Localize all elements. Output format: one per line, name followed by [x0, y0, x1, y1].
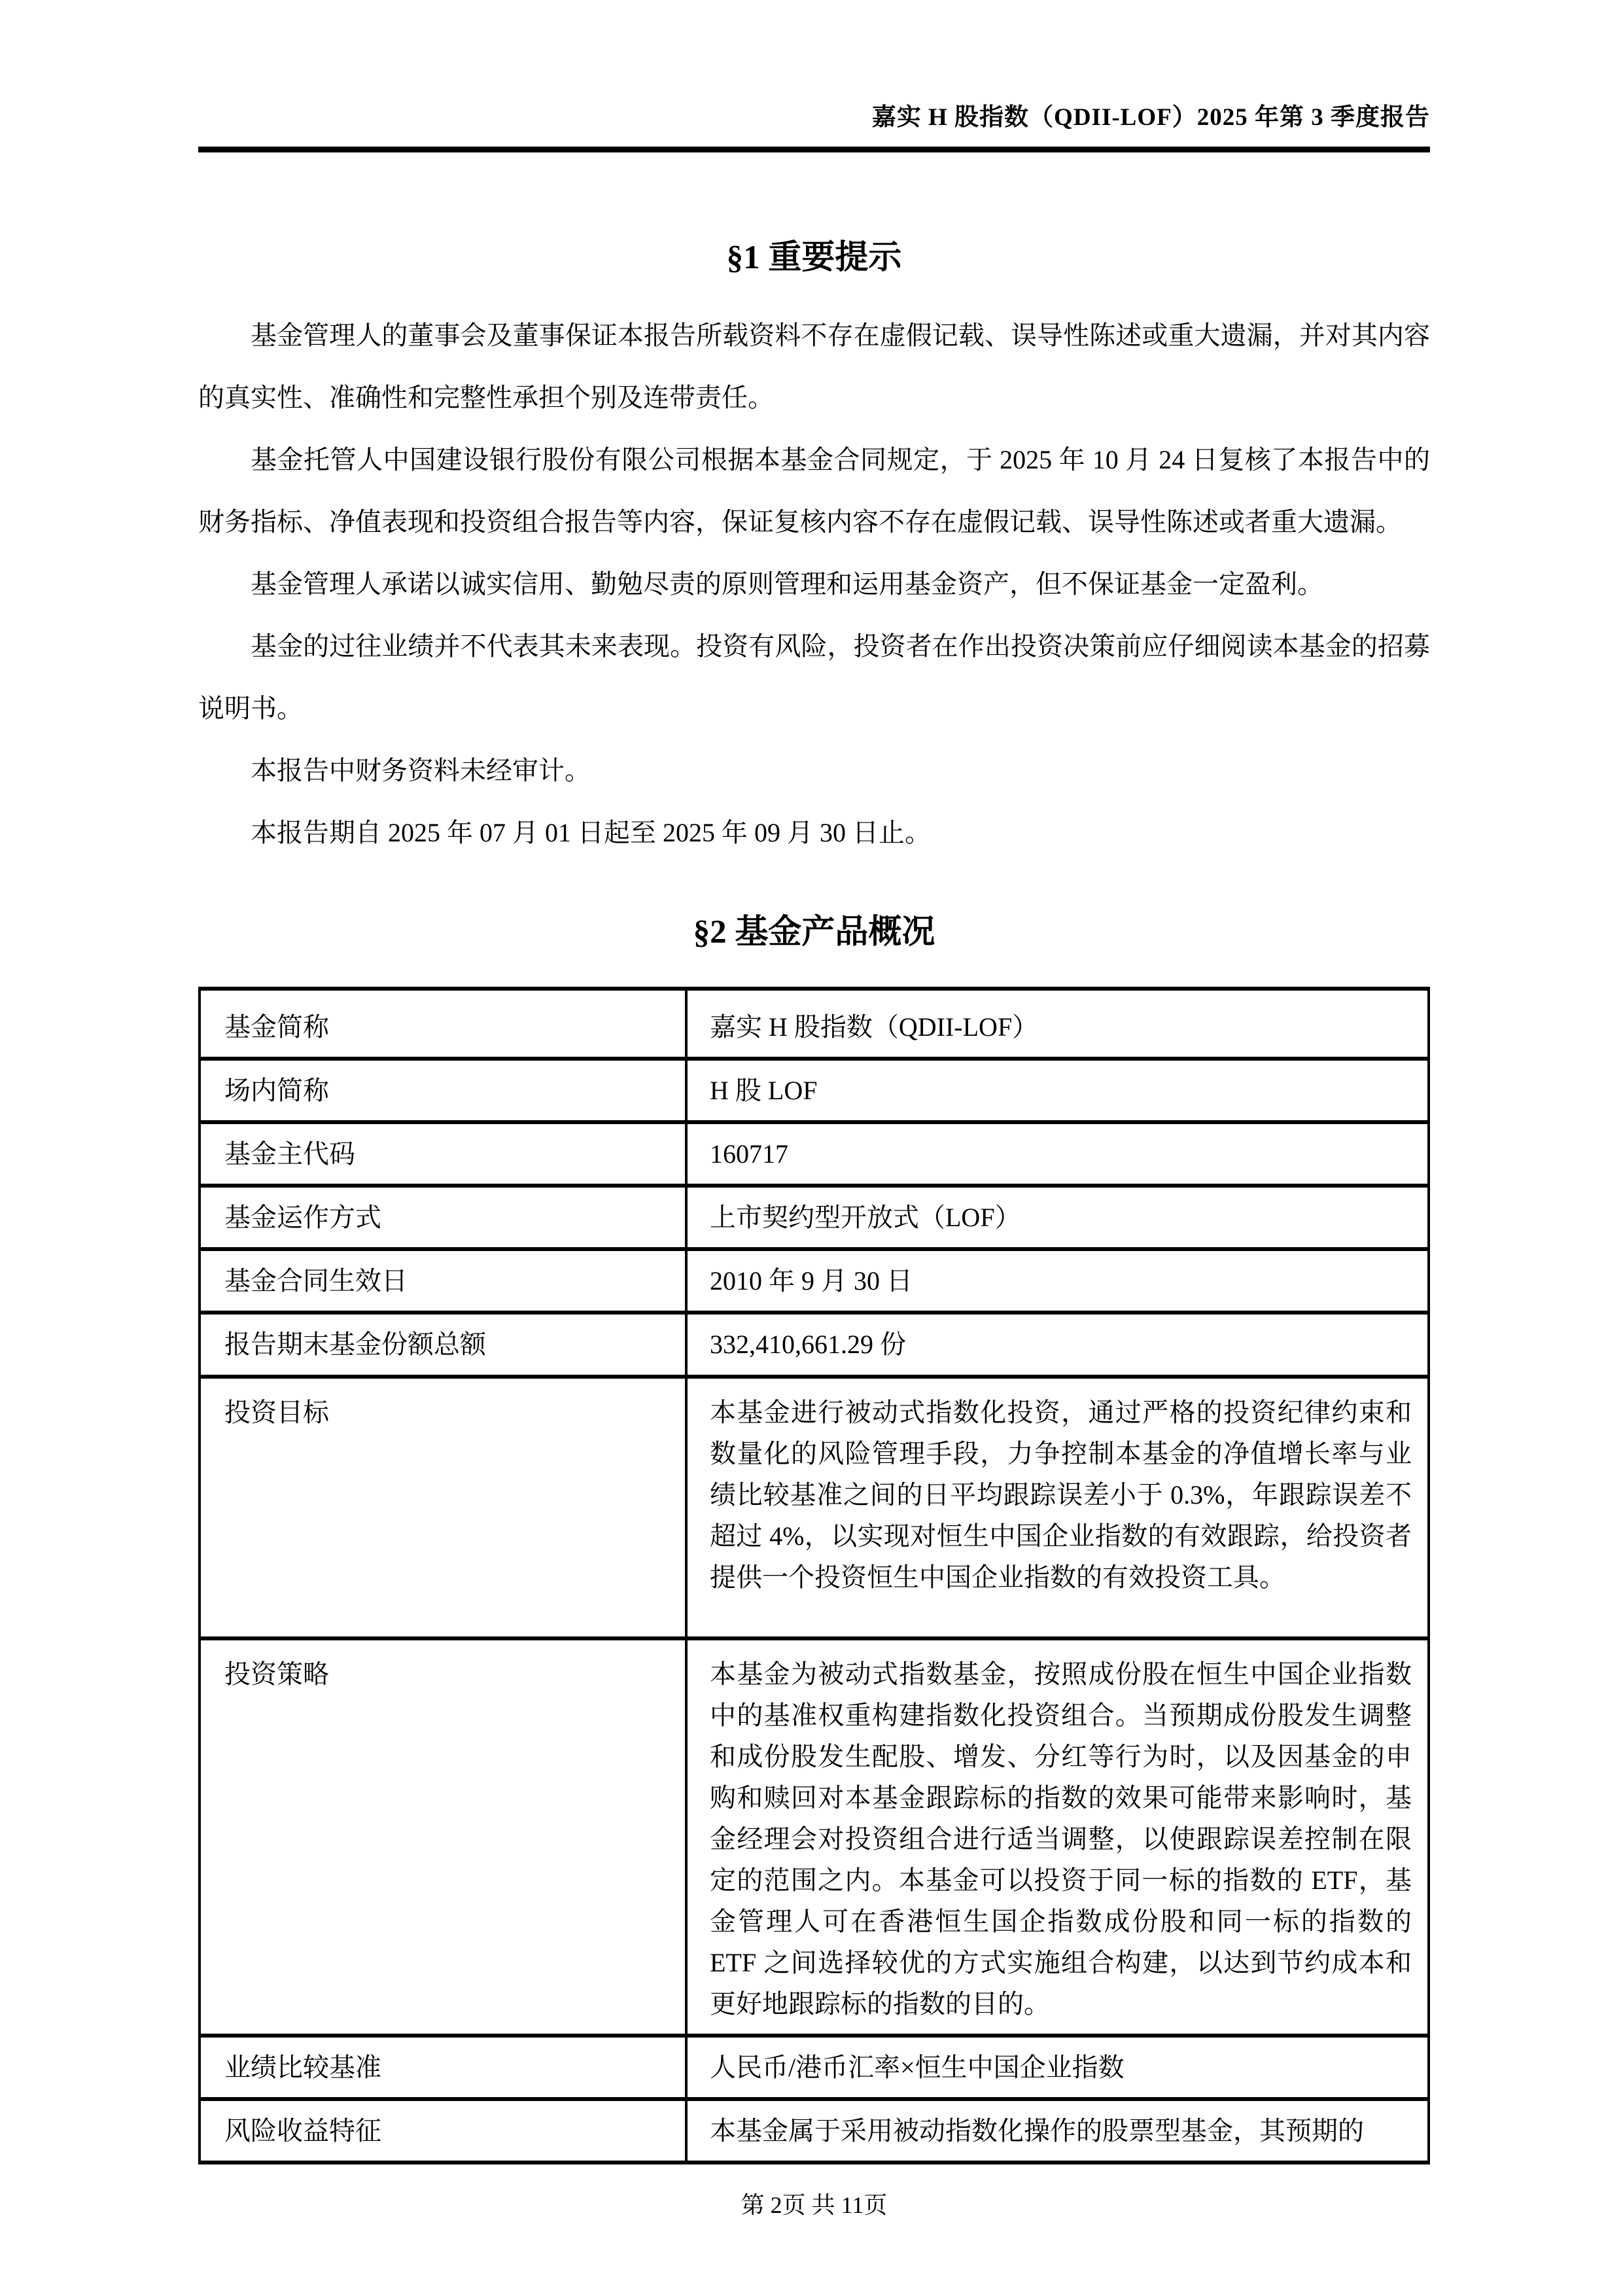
page-number-footer: 第 2页 共 11页 [198, 2187, 1430, 2220]
row-value: 160717 [686, 1122, 1429, 1186]
row-label: 投资策略 [200, 1638, 686, 2036]
table-row: 基金运作方式 上市契约型开放式（LOF） [200, 1186, 1429, 1249]
table-row: 基金主代码 160717 [200, 1122, 1429, 1186]
section2-title: §2 基金产品概况 [198, 904, 1430, 953]
paragraph: 基金管理人承诺以诚实信用、勤勉尽责的原则管理和运用基金资产，但不保证基金一定盈利… [198, 553, 1430, 615]
row-label: 基金主代码 [200, 1122, 686, 1186]
row-value: 人民币/港币汇率×恒生中国企业指数 [686, 2036, 1429, 2099]
paragraph: 基金的过往业绩并不代表其未来表现。投资有风险，投资者在作出投资决策前应仔细阅读本… [198, 615, 1430, 739]
row-label: 基金简称 [200, 989, 686, 1059]
header-title: 嘉实 H 股指数（QDII-LOF）2025 年第 3 季度报告 [198, 98, 1430, 137]
row-label: 业绩比较基准 [200, 2036, 686, 2099]
fund-overview-table: 基金简称 嘉实 H 股指数（QDII-LOF） 场内简称 H 股 LOF 基金主… [198, 987, 1430, 2164]
row-label: 场内简称 [200, 1059, 686, 1122]
table-row: 基金合同生效日 2010 年 9 月 30 日 [200, 1249, 1429, 1313]
row-value: 332,410,661.29 份 [686, 1313, 1429, 1377]
row-label: 基金合同生效日 [200, 1249, 686, 1313]
row-label: 风险收益特征 [200, 2099, 686, 2163]
row-value: 本基金为被动式指数基金，按照成份股在恒生中国企业指数中的基准权重构建指数化投资组… [686, 1638, 1429, 2036]
report-page: 嘉实 H 股指数（QDII-LOF）2025 年第 3 季度报告 §1 重要提示… [0, 0, 1623, 2296]
paragraph: 基金托管人中国建设银行股份有限公司根据本基金合同规定，于 2025 年 10 月… [198, 429, 1430, 553]
table-row: 风险收益特征 本基金属于采用被动指数化操作的股票型基金，其预期的 [200, 2099, 1429, 2163]
row-value: 嘉实 H 股指数（QDII-LOF） [686, 989, 1429, 1059]
section1-body: 基金管理人的董事会及董事保证本报告所载资料不存在虚假记载、误导性陈述或重大遗漏，… [198, 304, 1430, 864]
table-row: 场内简称 H 股 LOF [200, 1059, 1429, 1122]
paragraph: 本报告期自 2025 年 07 月 01 日起至 2025 年 09 月 30 … [198, 802, 1430, 864]
row-value: 上市契约型开放式（LOF） [686, 1186, 1429, 1249]
row-value: 2010 年 9 月 30 日 [686, 1249, 1429, 1313]
table-row: 报告期末基金份额总额 332,410,661.29 份 [200, 1313, 1429, 1377]
paragraph: 本报告中财务资料未经审计。 [198, 739, 1430, 802]
table-row: 基金简称 嘉实 H 股指数（QDII-LOF） [200, 989, 1429, 1059]
table-row: 业绩比较基准 人民币/港币汇率×恒生中国企业指数 [200, 2036, 1429, 2099]
section1-title: §1 重要提示 [198, 230, 1430, 278]
paragraph: 基金管理人的董事会及董事保证本报告所载资料不存在虚假记载、误导性陈述或重大遗漏，… [198, 304, 1430, 429]
header-rule [198, 147, 1430, 152]
row-value: 本基金属于采用被动指数化操作的股票型基金，其预期的 [686, 2099, 1429, 2163]
table-row: 投资策略 本基金为被动式指数基金，按照成份股在恒生中国企业指数中的基准权重构建指… [200, 1638, 1429, 2036]
row-label: 基金运作方式 [200, 1186, 686, 1249]
row-value: 本基金进行被动式指数化投资，通过严格的投资纪律约束和数量化的风险管理手段，力争控… [686, 1377, 1429, 1638]
row-value: H 股 LOF [686, 1059, 1429, 1122]
row-label: 报告期末基金份额总额 [200, 1313, 686, 1377]
table-row: 投资目标 本基金进行被动式指数化投资，通过严格的投资纪律约束和数量化的风险管理手… [200, 1377, 1429, 1638]
document-header: 嘉实 H 股指数（QDII-LOF）2025 年第 3 季度报告 [198, 98, 1430, 152]
row-label: 投资目标 [200, 1377, 686, 1638]
